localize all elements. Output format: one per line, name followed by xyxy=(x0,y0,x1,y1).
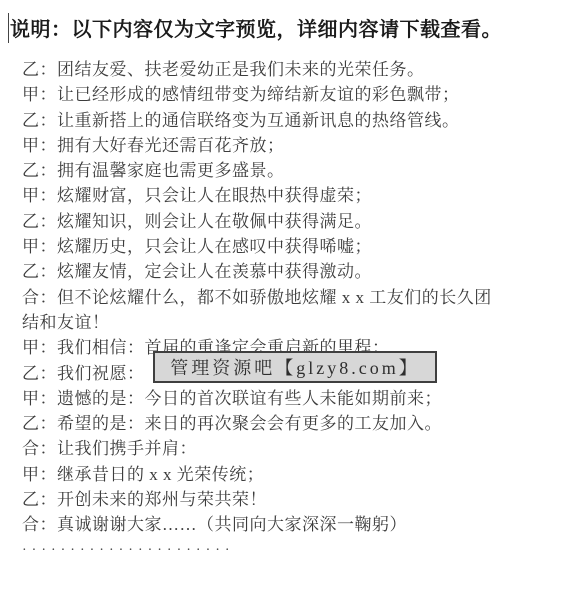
script-line: 乙：炫耀友情，定会让人在羡慕中获得激动。 xyxy=(22,259,570,284)
watermark-text: 管理资源吧【glzy8.com】 xyxy=(170,354,419,380)
text-caret xyxy=(8,13,9,43)
watermark-box: 管理资源吧【glzy8.com】 xyxy=(153,351,437,383)
script-line: 乙：拥有温馨家庭也需更多盛景。 xyxy=(22,158,570,183)
script-line: 甲：继承昔日的 x x 光荣传统； xyxy=(22,462,570,487)
script-line: 合：让我们携手并肩： xyxy=(22,436,570,461)
script-line-continuation: 结和友谊！ xyxy=(22,310,570,335)
script-line: 甲：拥有大好春光还需百花齐放； xyxy=(22,133,570,158)
script-line: 甲：炫耀历史，只会让人在感叹中获得唏嘘； xyxy=(22,234,570,259)
script-line: 甲：让已经形成的感情纽带变为缔结新友谊的彩色飘带； xyxy=(22,82,570,107)
script-line: 合：但不论炫耀什么，都不如骄傲地炫耀 x x 工友们的长久团 xyxy=(22,285,570,310)
script-line: 乙：让重新搭上的通信联络变为互通新讯息的热络管线。 xyxy=(22,108,570,133)
script-line: 乙：炫耀知识，则会让人在敬佩中获得满足。 xyxy=(22,209,570,234)
script-line: 乙：团结友爱、扶老爱幼正是我们未来的光荣任务。 xyxy=(22,57,570,82)
script-line: 乙：开创未来的郑州与荣共荣！ xyxy=(22,487,570,512)
script-line: 乙：希望的是：来日的再次聚会会有更多的工友加入。 xyxy=(22,411,570,436)
script-line: 甲：遗憾的是：今日的首次联谊有些人未能如期前来； xyxy=(22,386,570,411)
ellipsis-line: ······················ xyxy=(22,538,570,563)
script-line: 合：真诚谢谢大家……（共同向大家深深一鞠躬） xyxy=(22,512,570,537)
script-line: 甲：炫耀财富，只会让人在眼热中获得虚荣； xyxy=(22,183,570,208)
preview-page: 说明：以下内容仅为文字预览，详细内容请下载查看。 乙：团结友爱、扶老爱幼正是我们… xyxy=(0,0,578,600)
script-text-body: 乙：团结友爱、扶老爱幼正是我们未来的光荣任务。 甲：让已经形成的感情纽带变为缔结… xyxy=(22,57,570,563)
preview-notice-header: 说明：以下内容仅为文字预览，详细内容请下载查看。 xyxy=(10,13,502,42)
